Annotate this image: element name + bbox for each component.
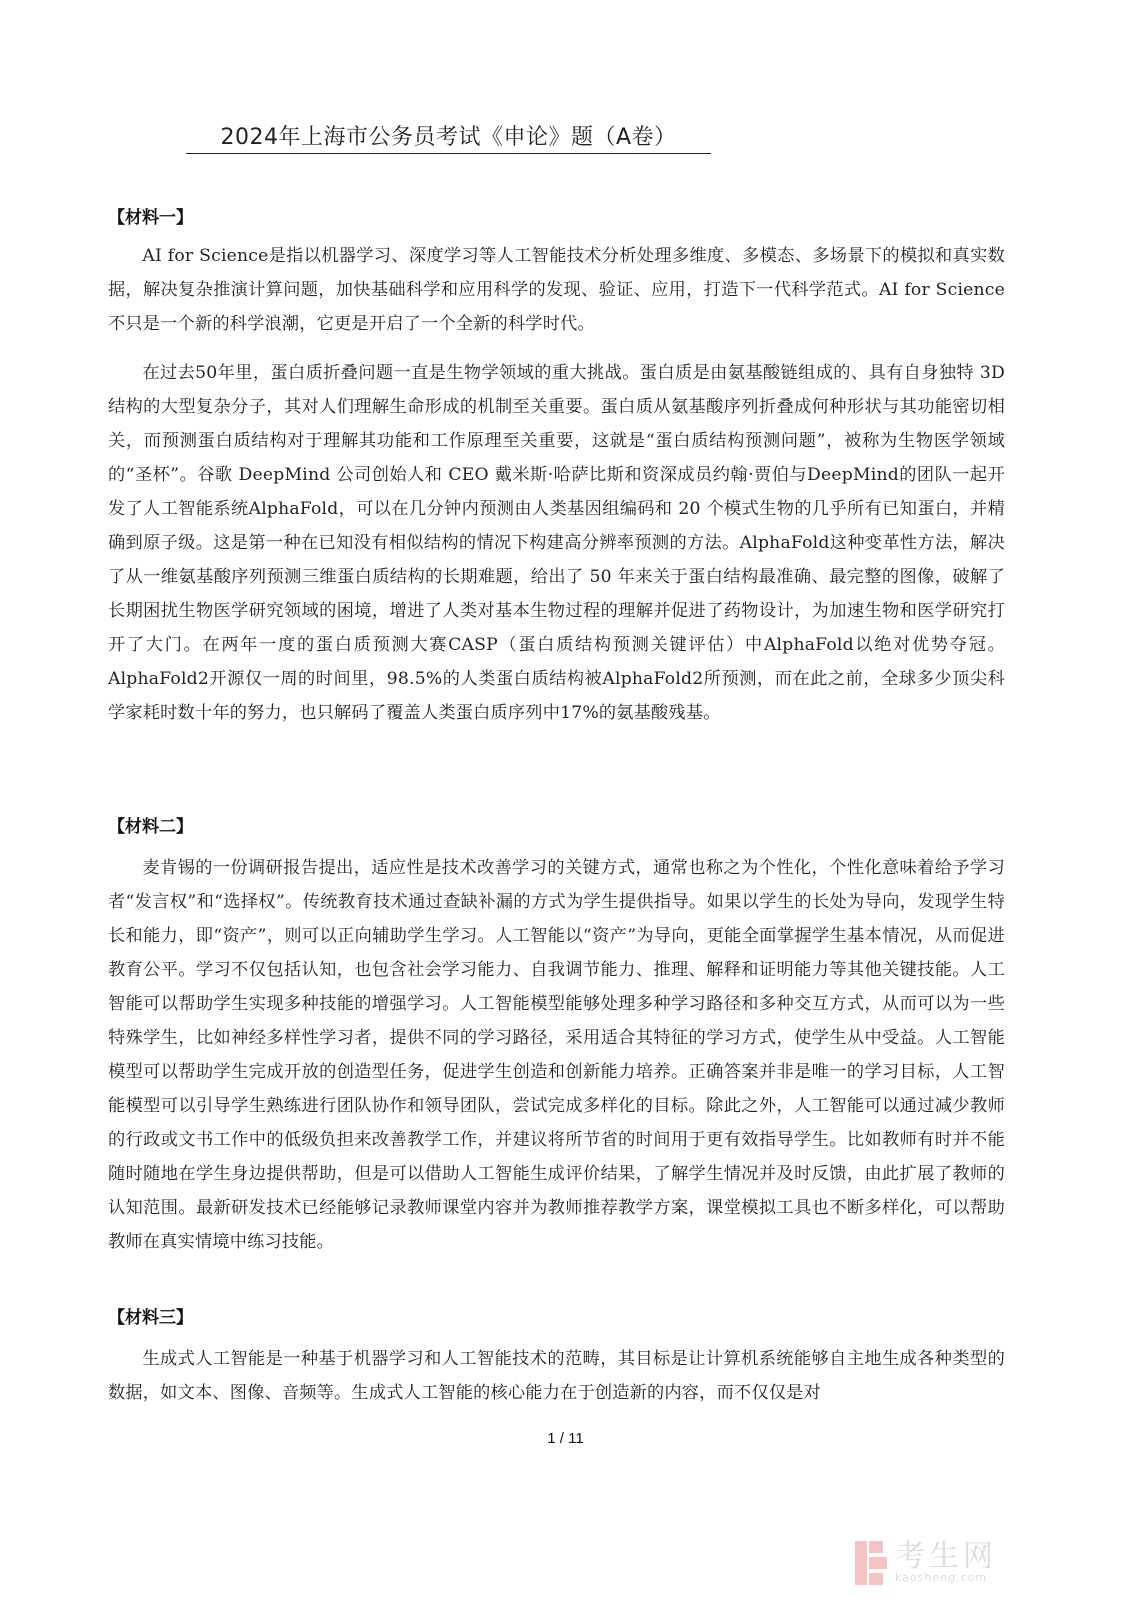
- page-indicator: 1 / 11: [0, 1430, 1131, 1447]
- paragraph: 在过去50年里，蛋白质折叠问题一直是生物学领域的重大挑战。蛋白质是由氨基酸链组成…: [108, 356, 1005, 730]
- document-title: 2024年上海市公务员考试《申论》题（A卷）: [186, 120, 711, 154]
- paragraph: 麦肯锡的一份调研报告提出，适应性是技术改善学习的关键方式，通常也称之为个性化，个…: [108, 851, 1005, 1259]
- watermark-logo-icon: [855, 1541, 887, 1585]
- section-heading-3: 【材料三】: [108, 1303, 193, 1328]
- paragraph: 生成式人工智能是一种基于机器学习和人工智能技术的范畴，其目标是让计算机系统能够自…: [108, 1342, 1005, 1410]
- section-heading-1: 【材料一】: [108, 203, 193, 228]
- watermark: 考生网 kaosheng.com: [855, 1535, 1125, 1590]
- watermark-name: 考生网: [895, 1542, 997, 1572]
- watermark-domain: kaosheng.com: [895, 1572, 997, 1583]
- section-heading-2: 【材料二】: [108, 812, 193, 837]
- paragraph: AI for Science是指以机器学习、深度学习等人工智能技术分析处理多维度…: [108, 239, 1005, 341]
